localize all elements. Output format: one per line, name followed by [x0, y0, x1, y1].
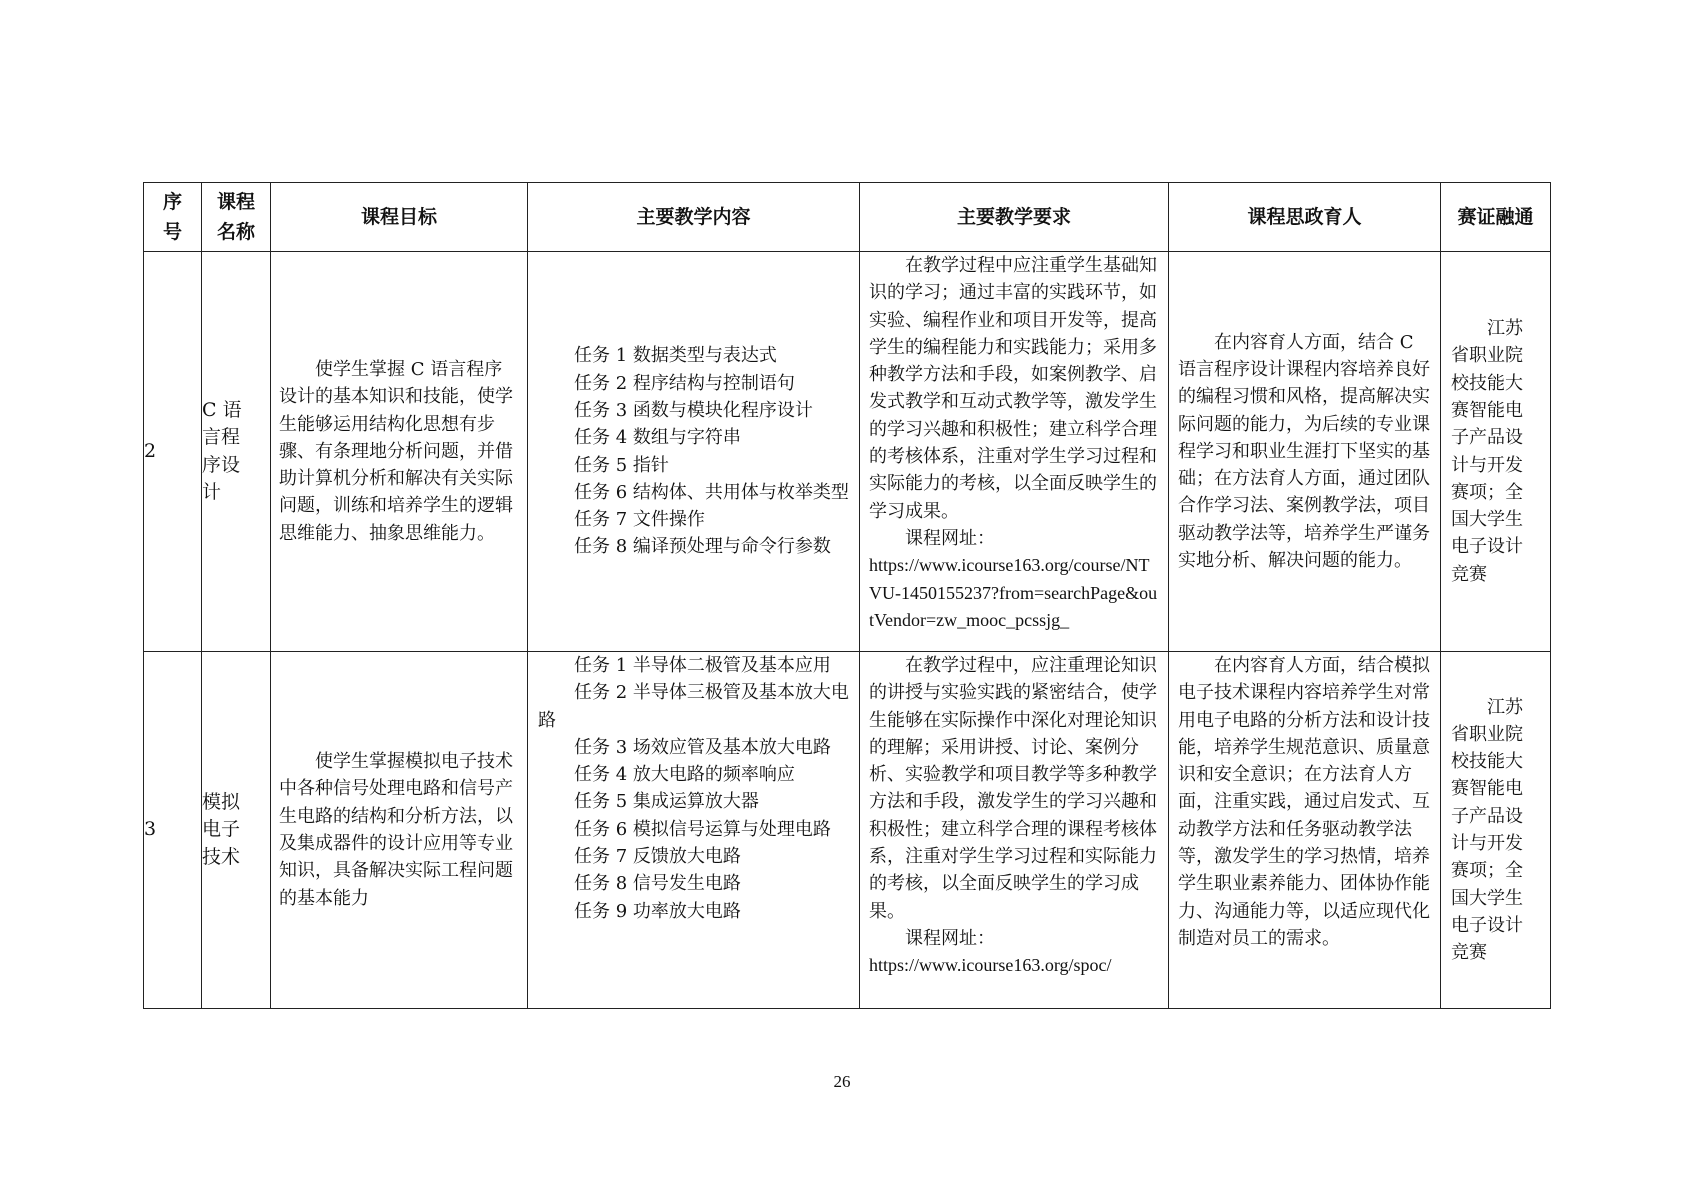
task-item: 任务 3 函数与模块化程序设计 [538, 397, 853, 424]
course-table: 序号 课程名称 课程目标 主要教学内容 主要教学要求 课程思政育人 赛证融通 2… [143, 182, 1551, 1009]
header-course-name: 课程名称 [202, 183, 271, 252]
course-url-link[interactable]: https://www.icourse163.org/spoc/ [869, 952, 1162, 979]
course-url-label: 课程网址： [869, 925, 1162, 952]
row-course-goal: 使学生掌握 C 语言程序设计的基本知识和技能，使学生能够运用结构化思想有步骤、有… [271, 252, 528, 652]
task-item: 任务 5 集成运算放大器 [538, 788, 853, 815]
header-competition-certificate: 赛证融通 [1441, 183, 1551, 252]
row-index: 2 [144, 252, 202, 652]
task-item: 任务 6 结构体、共用体与枚举类型 [538, 479, 853, 506]
task-item: 任务 4 数组与字符串 [538, 424, 853, 451]
course-url-label: 课程网址： [869, 525, 1162, 552]
row-main-requirements: 在教学过程中，应注重理论知识的讲授与实验实践的紧密结合，使学生能够在实际操作中深… [860, 652, 1169, 1009]
task-item: 任务 5 指针 [538, 452, 853, 479]
header-course-goal: 课程目标 [271, 183, 528, 252]
row-main-requirements: 在教学过程中应注重学生基础知识的学习；通过丰富的实践环节，如实验、编程作业和项目… [860, 252, 1169, 652]
header-main-content: 主要教学内容 [528, 183, 860, 252]
task-item: 任务 7 反馈放大电路 [538, 843, 853, 870]
row-ideological-education: 在内容育人方面，结合 C 语言程序设计课程内容培养良好的编程习惯和风格，提高解决… [1169, 252, 1441, 652]
task-item: 任务 3 场效应管及基本放大电路 [538, 734, 853, 761]
task-item: 任务 6 模拟信号运算与处理电路 [538, 816, 853, 843]
row-index: 3 [144, 652, 202, 1009]
task-item: 任务 1 数据类型与表达式 [538, 342, 853, 369]
page-number: 26 [0, 1072, 1684, 1092]
header-ideological-education: 课程思政育人 [1169, 183, 1441, 252]
document-page: 序号 课程名称 课程目标 主要教学内容 主要教学要求 课程思政育人 赛证融通 2… [0, 0, 1684, 1191]
header-main-requirements: 主要教学要求 [860, 183, 1169, 252]
task-item: 任务 8 编译预处理与命令行参数 [538, 533, 853, 560]
table-row: 2 C 语 言程 序设 计 使学生掌握 C 语言程序设计的基本知识和技能，使学生… [144, 252, 1551, 652]
table-row: 3 模拟 电子 技术 使学生掌握模拟电子技术中各种信号处理电路和信号产生电路的结… [144, 652, 1551, 1009]
header-index: 序号 [144, 183, 202, 252]
course-url-link[interactable]: https://www.icourse163.org/course/NTVU-1… [869, 552, 1162, 634]
row-main-content: 任务 1 数据类型与表达式 任务 2 程序结构与控制语句 任务 3 函数与模块化… [528, 252, 860, 652]
task-item: 任务 7 文件操作 [538, 506, 853, 533]
task-item: 任务 8 信号发生电路 [538, 870, 853, 897]
row-competition-certificate: 江苏省职业院校技能大赛智能电子产品设计与开发赛项；全国大学生电子设计竞赛 [1441, 652, 1551, 1009]
row-ideological-education: 在内容育人方面，结合模拟电子技术课程内容培养学生对常用电子电路的分析方法和设计技… [1169, 652, 1441, 1009]
task-item: 任务 1 半导体二极管及基本应用 [538, 652, 853, 679]
task-item: 任务 9 功率放大电路 [538, 898, 853, 925]
task-item: 任务 2 半导体三极管及基本放大电路 [538, 679, 853, 734]
task-item: 任务 4 放大电路的频率响应 [538, 761, 853, 788]
row-course-goal: 使学生掌握模拟电子技术中各种信号处理电路和信号产生电路的结构和分析方法，以及集成… [271, 652, 528, 1009]
task-item: 任务 2 程序结构与控制语句 [538, 370, 853, 397]
header-row: 序号 课程名称 课程目标 主要教学内容 主要教学要求 课程思政育人 赛证融通 [144, 183, 1551, 252]
row-course-name: 模拟 电子 技术 [202, 652, 271, 1009]
row-course-name: C 语 言程 序设 计 [202, 252, 271, 652]
row-competition-certificate: 江苏省职业院校技能大赛智能电子产品设计与开发赛项；全国大学生电子设计竞赛 [1441, 252, 1551, 652]
row-main-content: 任务 1 半导体二极管及基本应用 任务 2 半导体三极管及基本放大电路 任务 3… [528, 652, 860, 1009]
